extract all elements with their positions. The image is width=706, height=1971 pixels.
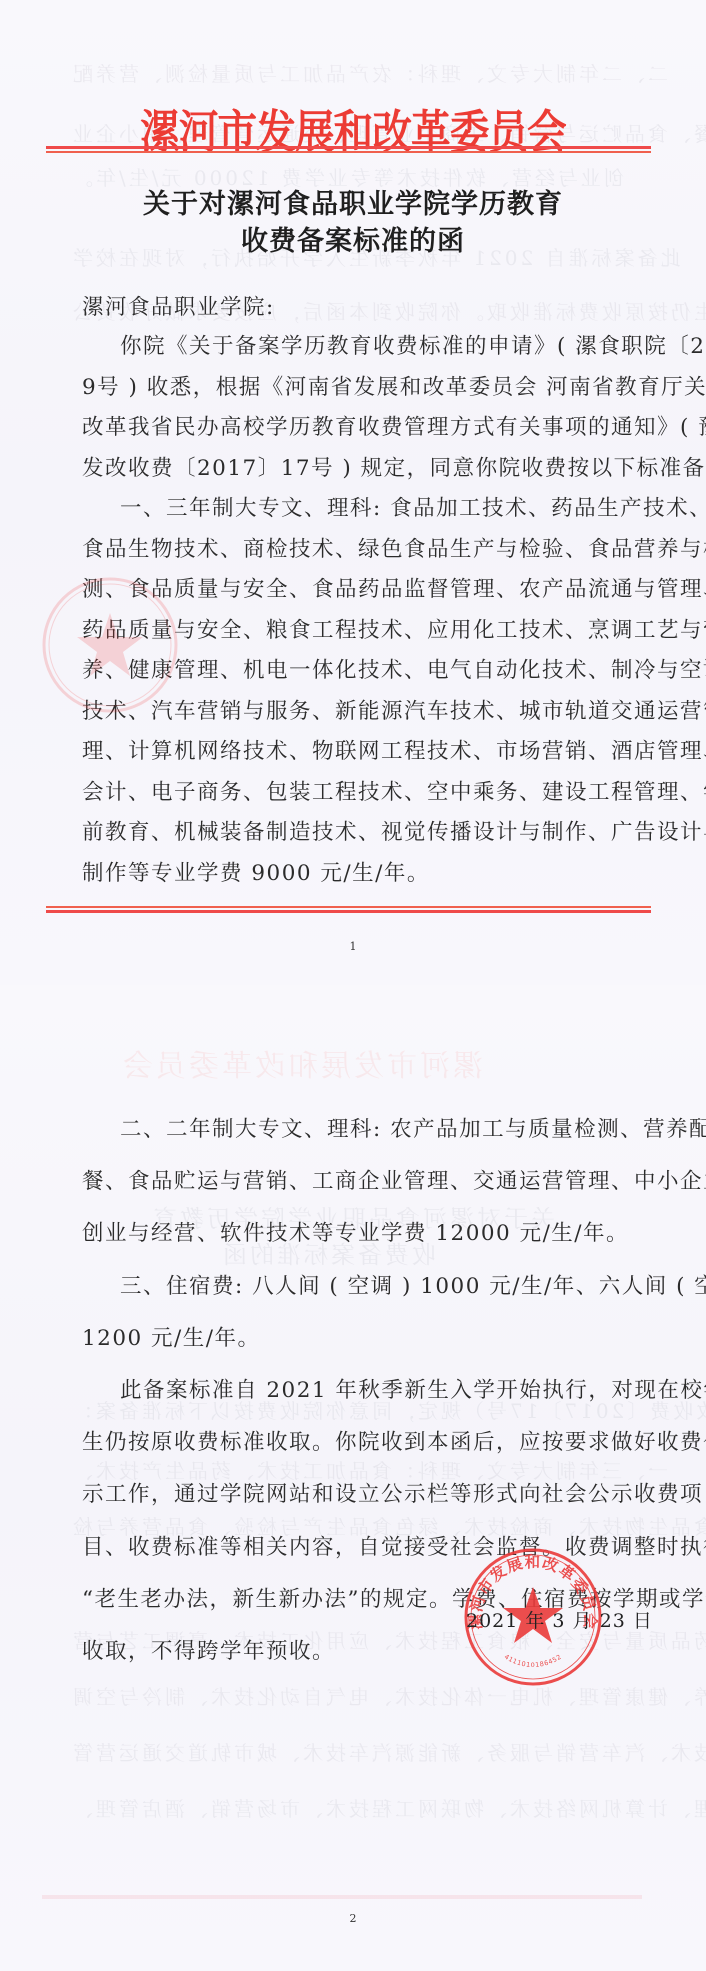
issue-date: 2021 年 3 月 23 日 (466, 1606, 653, 1633)
body-line: 食品生物技术、商检技术、绿色食品生产与检验、食品营养与检 (82, 532, 622, 563)
body-line: 此备案标准自 2021 年秋季新生入学开始执行，对现在校学 (120, 1373, 660, 1404)
document-title-line-1: 关于对漯河食品职业学院学历教育 (0, 182, 706, 221)
body-line: 1200 元/生/年。 (82, 1321, 622, 1352)
show-through-text: 二、二年制大专文、理科：农产品加工与质量检测、营养配 (70, 58, 668, 87)
page-number: 2 (0, 1912, 706, 1925)
addressee: 漯河食品职业学院: (82, 290, 622, 321)
body-line: 你院《关于备案学历教育收费标准的申请》( 漯食职院〔2021〕 (120, 329, 660, 360)
body-line: 发改收费〔2017〕17号 ) 规定，同意你院收费按以下标准备案: (82, 451, 622, 482)
show-through-text: 理、计算机网络技术、物联网工程技术、市场营销、酒店管理、 (70, 1793, 706, 1822)
show-through-text: 技术、汽车营销与服务、新能源汽车技术、城市轨道交通运营管 (70, 1737, 706, 1766)
footer-red-rule (46, 906, 651, 913)
body-line: 二、二年制大专文、理科: 农产品加工与质量检测、营养配 (120, 1112, 660, 1143)
page-2: 漯河市发展和改革委员会 关于对漯河食品职业学院学历教育 收费备案标准的函 发改收… (0, 985, 706, 1971)
body-line: 理、计算机网络技术、物联网工程技术、市场营销、酒店管理、 (82, 734, 622, 765)
body-line: 三、住宿费: 八人间 ( 空调 ) 1000 元/生/年、六人间 ( 空调 ) (120, 1269, 660, 1300)
body-line: 生仍按原收费标准收取。你院收到本函后，应按要求做好收费公 (82, 1425, 622, 1456)
body-line: 会计、电子商务、包装工程技术、空中乘务、建设工程管理、学 (82, 775, 622, 806)
seal-ghost-icon (40, 575, 180, 715)
body-line: 制作等专业学费 9000 元/生/年。 (82, 856, 622, 887)
body-line: 改革我省民办高校学历教育收费管理方式有关事项的通知》( 豫 (82, 410, 622, 441)
header-red-rule (46, 146, 651, 153)
svg-text:4111010186452: 4111010186452 (503, 1653, 563, 1669)
body-line: 一、三年制大专文、理科: 食品加工技术、药品生产技术、 (120, 491, 660, 522)
footer-red-rule-ghost (42, 1895, 642, 1899)
document-title-line-2: 收费备案标准的函 (0, 219, 706, 258)
page-number: 1 (0, 940, 706, 953)
body-line: 创业与经营、软件技术等专业学费 12000 元/生/年。 (82, 1216, 622, 1247)
body-line: 前教育、机械装备制造技术、视觉传播设计与制作、广告设计与 (82, 815, 622, 846)
show-through-text: 漯河市发展和改革委员会 (120, 1041, 483, 1085)
body-line: 示工作，通过学院网站和设立公示栏等形式向社会公示收费项 (82, 1477, 622, 1508)
body-line: 餐、食品贮运与营销、工商企业管理、交通运营管理、中小企业 (82, 1164, 622, 1195)
show-through-text: 养、健康管理、机电一体化技术、电气自动化技术、制冷与空调 (70, 1681, 706, 1710)
body-line: 9号 ) 收悉，根据《河南省发展和改革委员会 河南省教育厅关于 (82, 370, 622, 401)
page-1: 二、二年制大专文、理科：农产品加工与质量检测、营养配 餐、食品贮运与营销、工商企… (0, 0, 706, 985)
